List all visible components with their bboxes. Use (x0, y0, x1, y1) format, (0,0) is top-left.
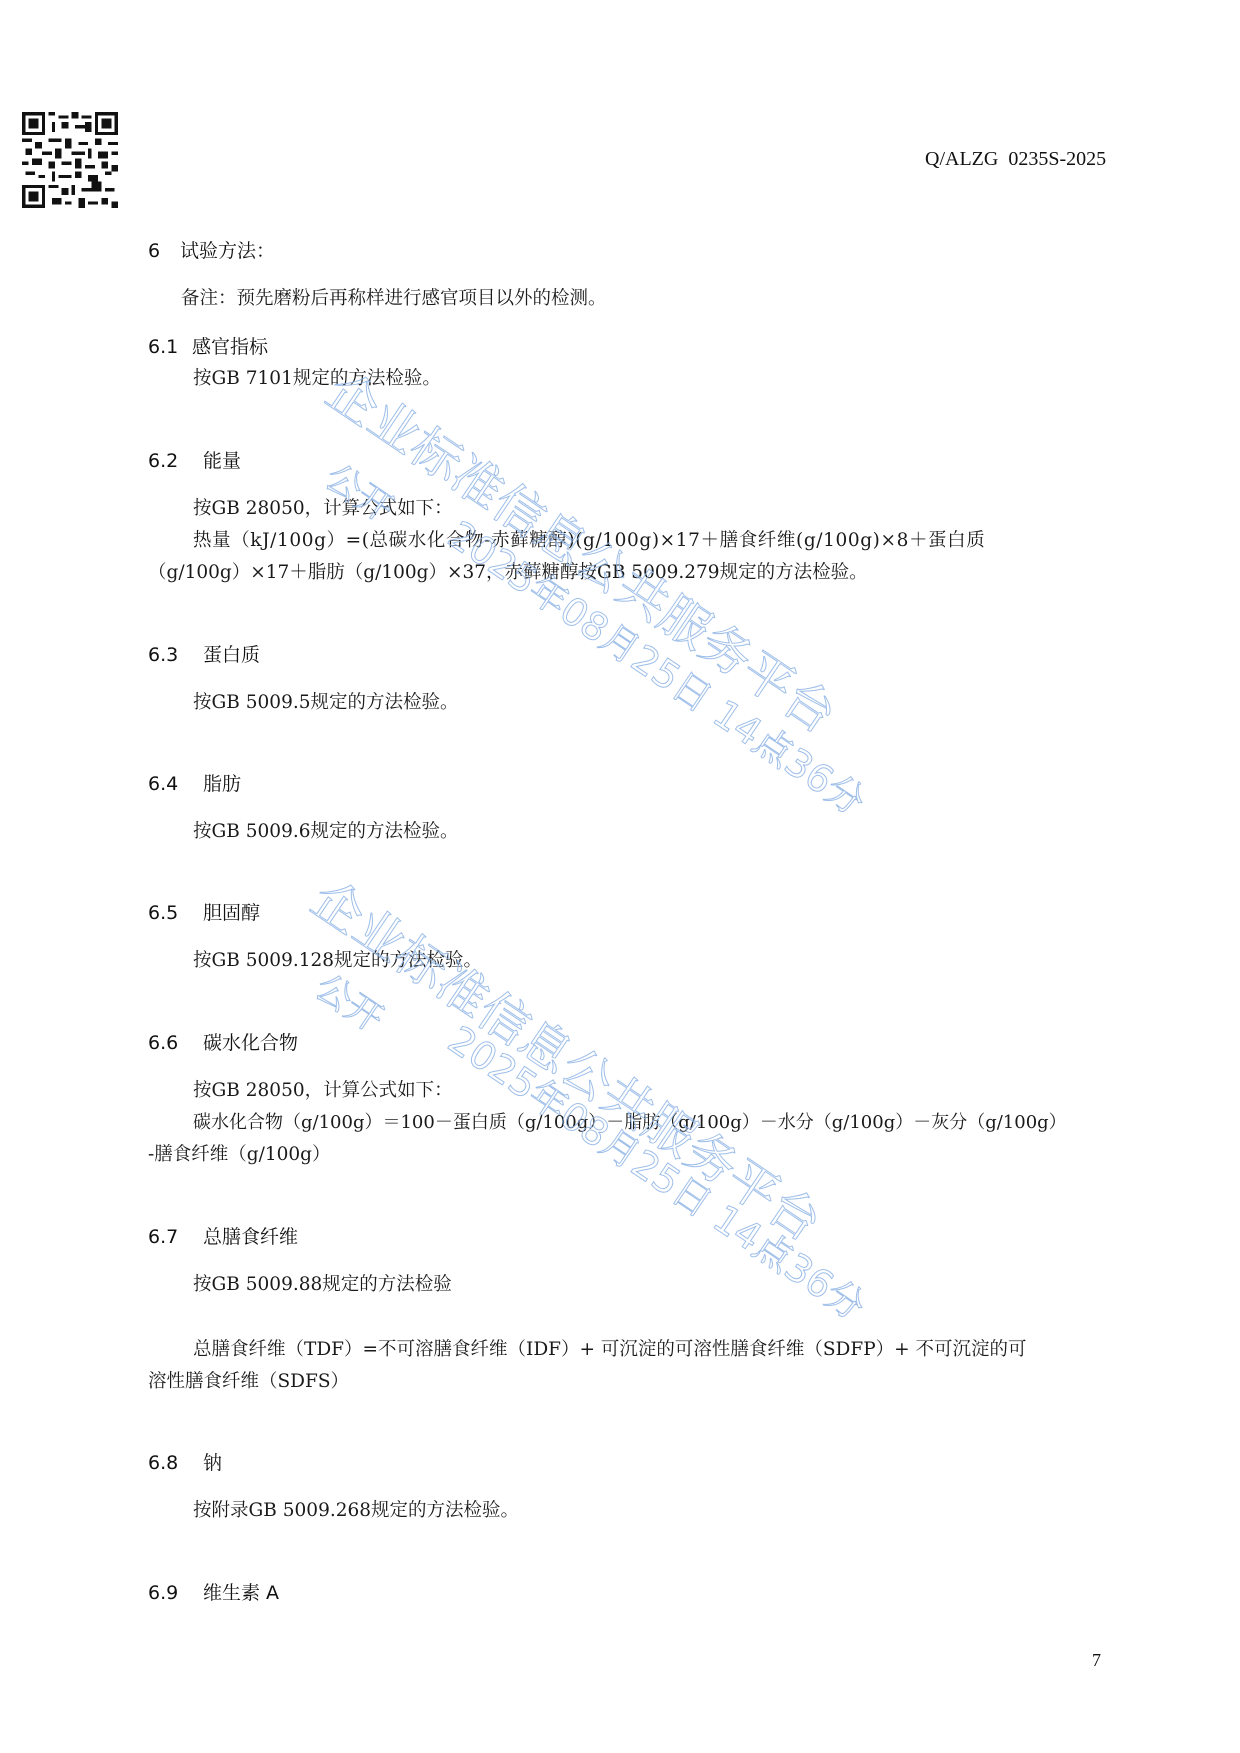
watermark-public-label: 公开 (316, 450, 404, 533)
qr-code-icon (22, 112, 118, 208)
subsection-heading-6-2: 6.2能量 (148, 446, 241, 473)
document-code: Q/ALZG 0235S-2025 (925, 148, 1106, 171)
subsection-number: 6.5 (148, 902, 203, 924)
paragraph: 按GB 28050，计算公式如下： (193, 1076, 453, 1102)
paragraph: 按GB 28050，计算公式如下： (193, 494, 453, 520)
subsection-number: 6.1 (148, 336, 192, 358)
paragraph: 按GB 5009.6规定的方法检验。 (193, 817, 459, 843)
subsection-number: 6.2 (148, 450, 203, 472)
subsection-title: 碳水化合物 (203, 1032, 298, 1054)
paragraph: 按GB 5009.88规定的方法检验 (193, 1270, 452, 1296)
subsection-number: 6.9 (148, 1582, 203, 1604)
paragraph: 按附录GB 5009.268规定的方法检验。 (193, 1496, 519, 1522)
formula-line: -膳食纤维（g/100g） (148, 1140, 330, 1166)
subsection-title: 维生素 A (203, 1582, 279, 1604)
formula-line: 总膳食纤维（TDF）=不可溶膳食纤维（IDF）+ 可沉淀的可溶性膳食纤维（SDF… (193, 1335, 1027, 1361)
subsection-title: 脂肪 (203, 773, 241, 795)
subsection-title: 蛋白质 (203, 644, 260, 666)
formula-line: （g/100g）×17＋脂肪（g/100g）×37，赤藓糖醇按GB 5009.2… (148, 558, 868, 584)
subsection-title: 胆固醇 (203, 902, 260, 924)
section-heading: 6试验方法： (148, 236, 275, 263)
page-number: 7 (1092, 1650, 1101, 1671)
subsection-number: 6.6 (148, 1032, 203, 1054)
subsection-heading-6-4: 6.4脂肪 (148, 769, 241, 796)
subsection-heading-6-5: 6.5胆固醇 (148, 898, 260, 925)
subsection-heading-6-3: 6.3蛋白质 (148, 640, 260, 667)
watermark-public-label: 公开 (306, 960, 394, 1043)
watermark-platform-name: 企业标准信息公共服务平台 (300, 860, 838, 1255)
subsection-number: 6.4 (148, 773, 203, 795)
subsection-number: 6.8 (148, 1452, 203, 1474)
section-number: 6 (148, 240, 180, 262)
subsection-heading-6-7: 6.7总膳食纤维 (148, 1222, 298, 1249)
subsection-heading-6-9: 6.9维生素 A (148, 1578, 279, 1605)
subsection-heading-6-1: 6.1感官指标 (148, 332, 268, 359)
subsection-number: 6.3 (148, 644, 203, 666)
subsection-title: 钠 (203, 1452, 222, 1474)
section-title: 试验方法： (180, 240, 275, 262)
subsection-heading-6-6: 6.6碳水化合物 (148, 1028, 298, 1055)
subsection-heading-6-8: 6.8钠 (148, 1448, 222, 1475)
paragraph: 按GB 5009.5规定的方法检验。 (193, 688, 459, 714)
formula-line: 溶性膳食纤维（SDFS） (148, 1367, 349, 1393)
paragraph: 按GB 5009.128规定的方法检验。 (193, 946, 482, 972)
paragraph: 按GB 7101规定的方法检验。 (193, 364, 441, 390)
subsection-title: 能量 (203, 450, 241, 472)
formula-line: 热量（kJ/100g）=(总碳水化合物-赤藓糖醇)(g/100g)×17＋膳食纤… (193, 526, 985, 552)
watermark-timestamp: 2025年08月25日 14点36分 (439, 505, 878, 826)
formula-line: 碳水化合物（g/100g）＝100－蛋白质（g/100g）－脂肪（g/100g）… (193, 1108, 1067, 1134)
subsection-title: 感官指标 (192, 336, 268, 358)
subsection-title: 总膳食纤维 (203, 1226, 298, 1248)
watermark-timestamp: 2025年08月25日 14点36分 (439, 1010, 878, 1331)
section-note: 备注：预先磨粉后再称样进行感官项目以外的检测。 (181, 284, 607, 310)
subsection-number: 6.7 (148, 1226, 203, 1248)
